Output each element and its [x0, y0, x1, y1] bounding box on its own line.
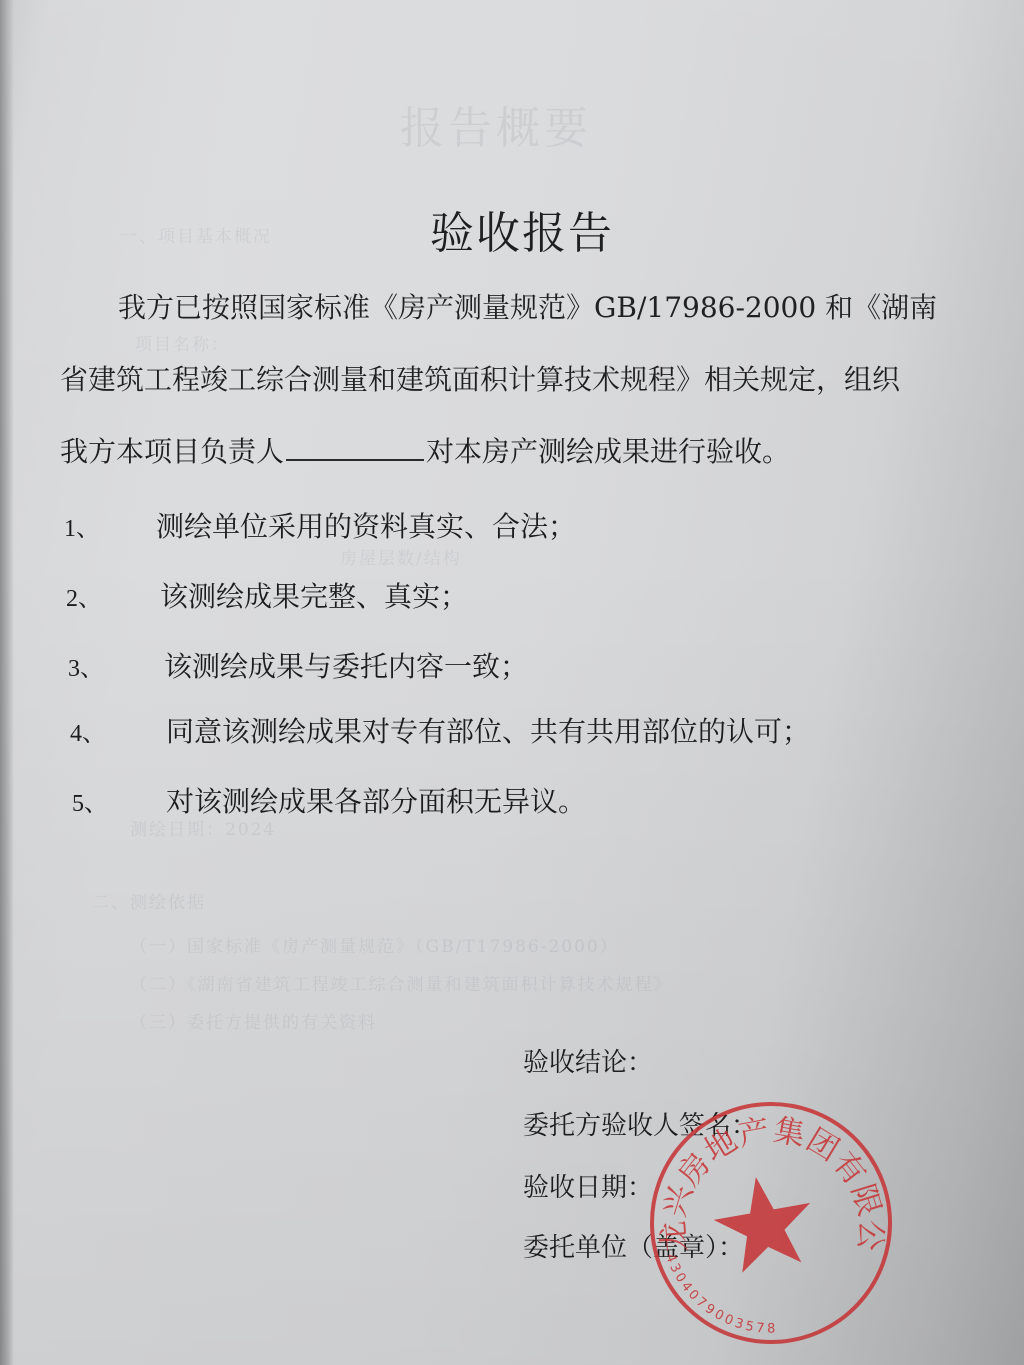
list-item-number: 2、 [66, 578, 156, 613]
list-item: 2、该测绘成果完整、真实； [66, 575, 468, 615]
list-item-number: 5、 [72, 783, 162, 818]
intro-line-1: 我方已按照国家标准《房产测量规范》GB/17986-2000 和《湖南 [118, 286, 937, 326]
acceptance-date-field[interactable]: 验收日期： [523, 1167, 653, 1204]
list-item-text: 该测绘成果与委托内容一致； [164, 650, 528, 683]
seal-registration-number: 4304079003578 [662, 1248, 779, 1340]
intro-line-3: 我方本项目负责人对本房产测绘成果进行验收。 [60, 430, 790, 470]
list-item: 3、该测绘成果与委托内容一致； [68, 645, 528, 685]
project-lead-blank-field[interactable] [286, 437, 424, 461]
document-title: 验收报告 [0, 197, 1024, 261]
bleed-through-line: 房屋层数/结构 [340, 544, 462, 569]
company-seal-stamp: 龙兴房地产集团有限公司 4304079003578 [642, 1094, 901, 1353]
list-item: 4、同意该测绘成果对专有部位、共有共用部位的认可； [70, 710, 810, 750]
list-item-number: 3、 [68, 648, 158, 683]
list-item-text: 对该测绘成果各部分面积无异议。 [166, 785, 586, 818]
intro-line-3-before: 我方本项目负责人 [60, 435, 284, 468]
bleed-through-line: （一）国家标准《房产测量规范》（GB/T17986-2000） [130, 932, 619, 957]
list-item-number: 1、 [64, 508, 154, 543]
bleed-through-title: 报告概要 [400, 92, 592, 156]
bleed-through-line: （二）《湖南省建筑工程竣工综合测量和建筑面积计算技术规程》 [130, 970, 673, 995]
list-item-text: 测绘单位采用的资料真实、合法； [156, 510, 576, 543]
bleed-through-line: 项目名称： [135, 330, 230, 355]
list-item: 5、对该测绘成果各部分面积无异议。 [72, 780, 586, 820]
list-item: 1、测绘单位采用的资料真实、合法； [64, 505, 576, 545]
bleed-through-line: 二、测绘依据 [92, 888, 206, 913]
acceptance-conclusion-field[interactable]: 验收结论： [523, 1042, 653, 1079]
list-item-number: 4、 [70, 713, 160, 748]
seal-star-icon [708, 1168, 820, 1276]
bleed-through-line: （三）委托方提供的有关资料 [130, 1008, 377, 1033]
intro-line-3-after: 对本房产测绘成果进行验收。 [426, 435, 790, 468]
intro-line-2: 省建筑工程竣工综合测量和建筑面积计算技术规程》相关规定，组织 [60, 358, 900, 398]
list-item-text: 同意该测绘成果对专有部位、共有共用部位的认可； [166, 715, 810, 748]
list-item-text: 该测绘成果完整、真实； [160, 580, 468, 613]
